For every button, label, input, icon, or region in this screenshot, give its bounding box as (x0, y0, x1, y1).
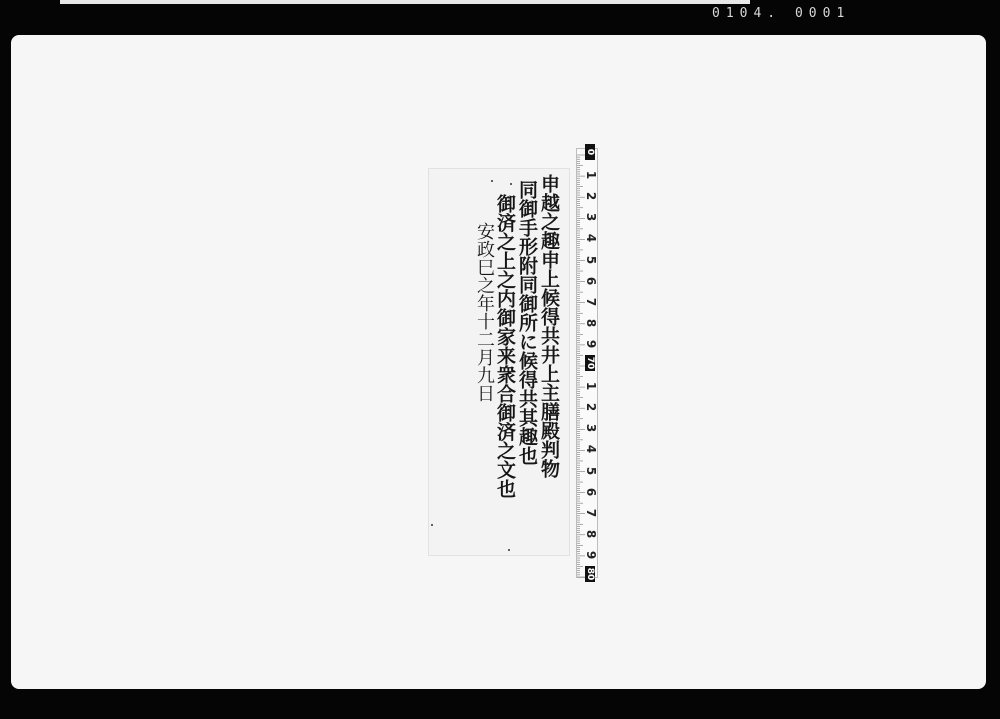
ruler-label: 2 (584, 189, 598, 203)
ruler-label: 7 (584, 295, 598, 309)
ruler-label: 3 (584, 421, 598, 435)
ruler-label: 9 (584, 337, 598, 351)
ruler-label: 8 (584, 316, 598, 330)
ruler-label: 6 (584, 485, 598, 499)
measuring-ruler: 01234567897012345678980 (576, 148, 598, 578)
ruler-label: 8 (584, 527, 598, 541)
ruler-label: 5 (584, 464, 598, 478)
ruler-label: 6 (584, 274, 598, 288)
ruler-label: 5 (584, 253, 598, 267)
ink-speck (510, 183, 512, 185)
frame-number: 0104. 0001 (712, 6, 850, 21)
ruler-label: 70 (585, 355, 595, 371)
ruler-label: 7 (584, 506, 598, 520)
ruler-label: 2 (584, 400, 598, 414)
ruler-label: 4 (584, 231, 598, 245)
ruler-label: 0 (585, 144, 595, 160)
ruler-label: 1 (584, 379, 598, 393)
ruler-label: 1 (584, 168, 598, 182)
film-edge-strip (60, 0, 750, 4)
ruler-label: 3 (584, 210, 598, 224)
text-column-3: 御済之上之内御家来衆合御済之文也 (494, 194, 516, 498)
ruler-label: 80 (585, 566, 595, 582)
date-line: 安政巳之年十二月九日 (473, 222, 495, 402)
ink-speck (431, 524, 433, 526)
ruler-label: 4 (584, 442, 598, 456)
ink-speck (508, 549, 510, 551)
text-column-2: 同御手形附同御所に候得共其趣也 (516, 180, 538, 465)
ink-speck (491, 180, 493, 182)
ruler-label: 9 (584, 548, 598, 562)
text-column-1: 申越之趣申上候得共井上主膳殿判物 (538, 174, 560, 478)
